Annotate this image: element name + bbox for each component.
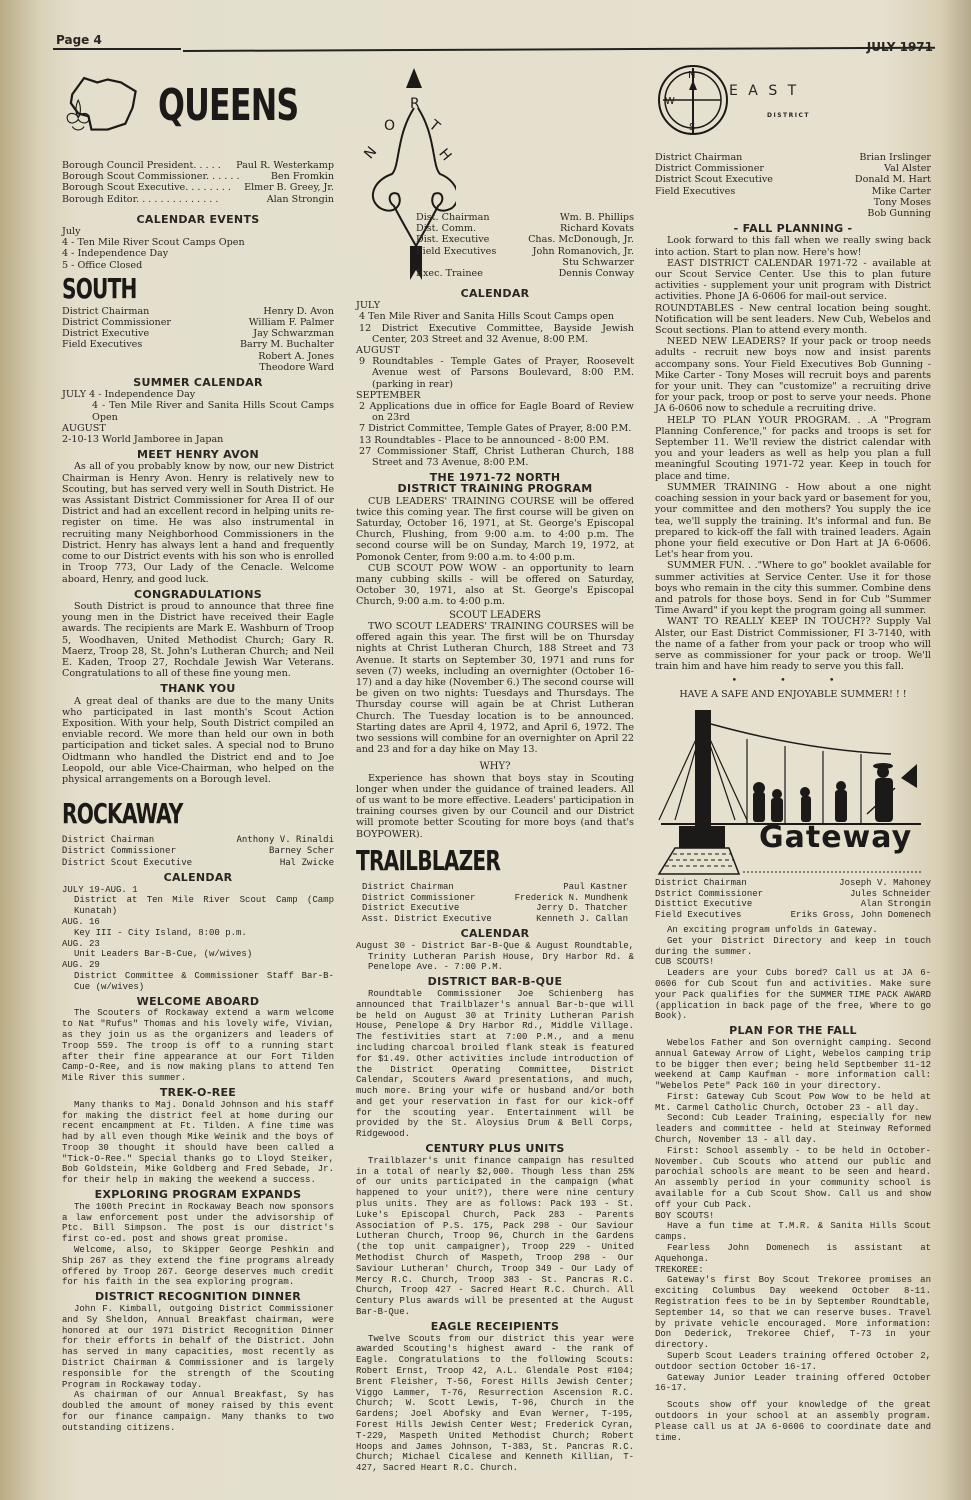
south-roster: District ChairmanHenry D. Avon District … (62, 306, 334, 373)
congrats-text: South District is proud to announce that… (62, 601, 334, 679)
page-number: Page 4 (56, 33, 102, 47)
queens-officers: Borough Council President. . . . .Paul R… (62, 160, 334, 205)
queens-map-fleur-de-lis-icon (62, 60, 144, 152)
exploring-heading: EXPLORING PROGRAM EXPANDS (62, 1190, 334, 1201)
trailblazer-roster: District ChairmanPaul Kastner District C… (356, 882, 634, 925)
why-subheading: WHY? (356, 761, 634, 772)
congrats-heading: CONGRADULATIONS (62, 589, 334, 600)
south-summer-heading: SUMMER CALENDAR (62, 377, 334, 388)
scout-leaders-subheading: SCOUT LEADERS (356, 610, 634, 621)
boy-scouts-label: BOY SCOUTS! (655, 1211, 931, 1222)
queens-calendar-heading: CALENDAR EVENTS (62, 214, 334, 225)
meet-henry-text: As all of you probably know by now, our … (62, 461, 334, 584)
east-logo-sub: DISTRICT (767, 110, 810, 121)
east-compass-icon: N W S (655, 60, 737, 142)
svg-text:O: O (384, 118, 395, 134)
trailblazer-calendar: August 30 - District Bar-B-Que & August … (356, 941, 634, 973)
thank-you-heading: THANK YOU (62, 683, 334, 694)
recognition-dinner-heading: DISTRICT RECOGNITION DINNER (62, 1292, 334, 1303)
rockaway-calendar: JULY 19-AUG. 1District at Ten Mile River… (62, 885, 334, 993)
header-rule (53, 48, 181, 50)
svg-text:H: H (435, 146, 454, 164)
svg-text:S: S (689, 122, 695, 133)
plan-for-fall-heading: PLAN FOR THE FALL (655, 1026, 931, 1037)
east-logo-word: E A S T (729, 86, 799, 97)
north-roster: Dist. ChairmanWm. B. Phillips Dist. Comm… (416, 212, 634, 279)
trekoree-label: TREKOREE: (655, 1265, 931, 1276)
east-closing: HAVE A SAFE AND ENJOYABLE SUMMER! ! ! (655, 689, 931, 700)
trailblazer-calendar-heading: CALENDAR (356, 929, 634, 940)
column-queens-south-rockaway: QUEENS Borough Council President. . . . … (62, 60, 334, 1434)
trek-o-ree-heading: TREK-O-REE (62, 1088, 334, 1099)
welcome-aboard-heading: WELCOME ABOARD (62, 997, 334, 1008)
meet-henry-heading: MEET HENRY AVON (62, 449, 334, 460)
trek-o-ree-text: Many thanks to Maj. Donald Johnson and h… (62, 1100, 334, 1186)
divider-dots: • • • (655, 675, 931, 686)
queens-title: QUEENS (158, 84, 298, 128)
queens-masthead: QUEENS (62, 60, 334, 152)
bbq-heading: DISTRICT BAR-B-QUE (356, 977, 634, 988)
trailblazer-title: TRAILBLAZER (356, 846, 578, 876)
north-masthead: R O N T H Dist. ChairmanWm. B. Phillips … (356, 60, 634, 280)
gateway-title: Gateway (759, 832, 912, 843)
gateway-masthead: Gateway (655, 704, 931, 876)
training-heading-2: DISTRICT TRAINING PROGRAM (356, 483, 634, 494)
south-title: SOUTH (62, 274, 280, 304)
rockaway-calendar-heading: CALENDAR (62, 873, 334, 884)
rockaway-roster: District ChairmanAnthony V. Rinaldi Dist… (62, 835, 334, 869)
gateway-roster: District ChairmanJoseph V. Mahoney Dstri… (655, 878, 931, 921)
south-summer-calendar: JULY 4 - Independence Day 4 - Ten Mile R… (62, 389, 334, 445)
svg-text:N: N (688, 70, 695, 81)
east-masthead: N W S E A S T DISTRICT (655, 60, 931, 144)
queens-calendar: July 4 - Ten Mile River Scout Camps Open… (62, 226, 334, 271)
east-roster: District ChairmanBrian Irslinger Distric… (655, 152, 931, 219)
svg-text:W: W (665, 96, 675, 107)
column-east-gateway: N W S E A S T DISTRICT District Chairman… (655, 60, 931, 1443)
fall-planning-heading: - FALL PLANNING - (655, 223, 931, 234)
north-calendar: JULY 4 Ten Mile River and Sanita Hills S… (356, 300, 634, 468)
welcome-aboard-text: The Scouters of Rockaway extend a warm w… (62, 1008, 334, 1084)
cub-scouts-label: CUB SCOUTS! (655, 957, 931, 968)
header-rule (183, 47, 935, 52)
svg-text:N: N (361, 144, 380, 162)
column-north-trailblazer: R O N T H Dist. ChairmanWm. B. Phillips … (356, 60, 634, 1474)
century-plus-heading: CENTURY PLUS UNITS (356, 1144, 634, 1155)
eagle-recipients-heading: EAGLE RECEIPIENTS (356, 1322, 634, 1333)
newspaper-page: Page 4 JULY 1971 QUEENS Borough Council … (0, 0, 971, 1500)
north-calendar-heading: CALENDAR (356, 288, 634, 299)
thank-you-text: A great deal of thanks are due to the ma… (62, 696, 334, 786)
rockaway-title: ROCKAWAY (62, 799, 280, 829)
